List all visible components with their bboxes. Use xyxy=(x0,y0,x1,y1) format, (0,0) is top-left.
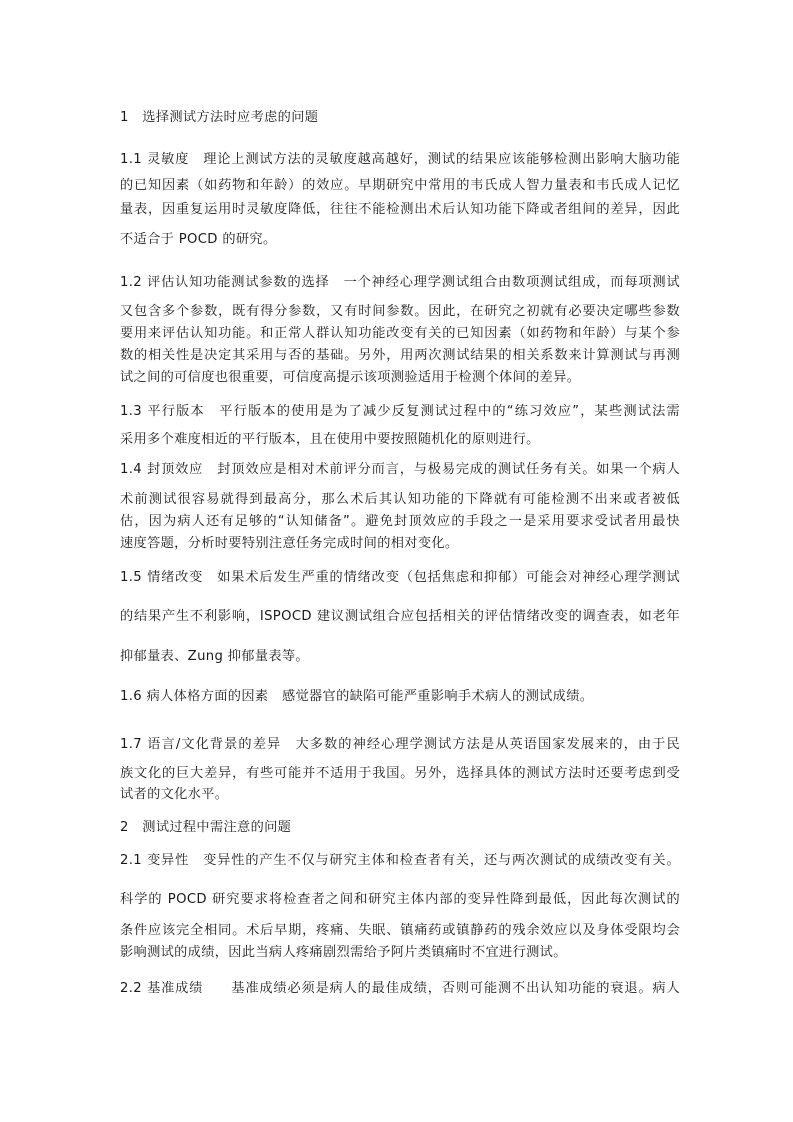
text-line: 1.5 情绪改变 如果术后发生严重的情绪改变（包括焦虑和抑郁）可能会对神经心理学… xyxy=(120,569,680,587)
text-line: 抑郁量表、Zung 抑郁量表等。 xyxy=(120,648,680,666)
text-line: 族文化的巨大差异，有些可能并不适用于我国。另外，选择具体的测试方法时还要考虑到受 xyxy=(120,765,680,783)
text-line: 2.1 变异性 变异性的产生不仅与研究主体和检查者有关，还与两次测试的成绩改变有… xyxy=(120,852,680,870)
text-line: 采用多个难度相近的平行版本，且在使用中要按照随机化的原则进行。 xyxy=(120,431,680,449)
text-line: 1.4 封顶效应 封顶效应是相对术前评分而言，与极易完成的测试任务有关。如果一个… xyxy=(120,461,680,479)
text-line: 不适合于 POCD 的研究。 xyxy=(120,231,680,249)
text-line: 1.7 语言/文化背景的差异 大多数的神经心理学测试方法是从英语国家发展来的，由… xyxy=(120,736,680,754)
text-line: 1.6 病人体格方面的因素 感觉器官的缺陷可能严重影响手术病人的测试成绩。 xyxy=(120,688,680,706)
text-line: 1.2 评估认知功能测试参数的选择 一个神经心理学测试组合由数项测试组成，而每项… xyxy=(120,274,680,292)
text-line: 估，因为病人还有足够的“认知储备”。避免封顶效应的手段之一是采用要求受试者用最快 xyxy=(120,513,680,531)
text-line: 1.3 平行版本 平行版本的使用是为了减少反复测试过程中的“练习效应”，某些测试… xyxy=(120,403,680,421)
text-line: 的已知因素（如药物和年龄）的效应。早期研究中常用的韦氏成人智力量表和韦氏成人记忆 xyxy=(120,177,680,195)
text-line: 术前测试很容易就得到最高分，那么术后其认知功能的下降就有可能检测不出来或者被低 xyxy=(120,491,680,509)
text-line: 条件应该完全相同。术后早期，疼痛、失眠、镇痛药或镇静药的残余效应以及身体受限均会 xyxy=(120,922,680,940)
text-line: 2.2 基准成绩 基准成绩必须是病人的最佳成绩，否则可能测不出认知功能的衰退。病… xyxy=(120,980,680,998)
text-line: 1 选择测试方法时应考虑的问题 xyxy=(120,109,680,127)
text-line: 要用来评估认知功能。和正常人群认知功能改变有关的已知因素（如药物和年龄）与某个参 xyxy=(120,325,680,343)
text-line: 数的相关性是决定其采用与否的基础。另外，用两次测试结果的相关系数来计算测试与再测 xyxy=(120,347,680,365)
text-line: 的结果产生不利影响，ISPOCD 建议测试组合应包括相关的评估情绪改变的调查表，… xyxy=(120,608,680,626)
text-line: 1.1 灵敏度 理论上测试方法的灵敏度越高越好，测试的结果应该能够检测出影响大脑… xyxy=(120,151,680,169)
text-line: 影响测试的成绩，因此当病人疼痛剧烈需给予阿片类镇痛时不宜进行测试。 xyxy=(120,944,680,962)
text-line: 速度答题，分析时要特别注意任务完成时间的相对变化。 xyxy=(120,535,680,553)
text-line: 量表，因重复运用时灵敏度降低，往往不能检测出术后认知功能下降或者组间的差异，因此 xyxy=(120,201,680,219)
text-line: 2 测试过程中需注意的问题 xyxy=(120,819,680,837)
text-line: 试之间的可信度也很重要，可信度高提示该项测验适用于检测个体间的差异。 xyxy=(120,369,680,387)
text-line: 科学的 POCD 研究要求将检查者之间和研究主体内部的变异性降到最低，因此每次测… xyxy=(120,891,680,909)
text-line: 又包含多个参数，既有得分参数，又有时间参数。因此，在研究之初就有必要决定哪些参数 xyxy=(120,303,680,321)
text-line: 试者的文化水平。 xyxy=(120,786,680,804)
